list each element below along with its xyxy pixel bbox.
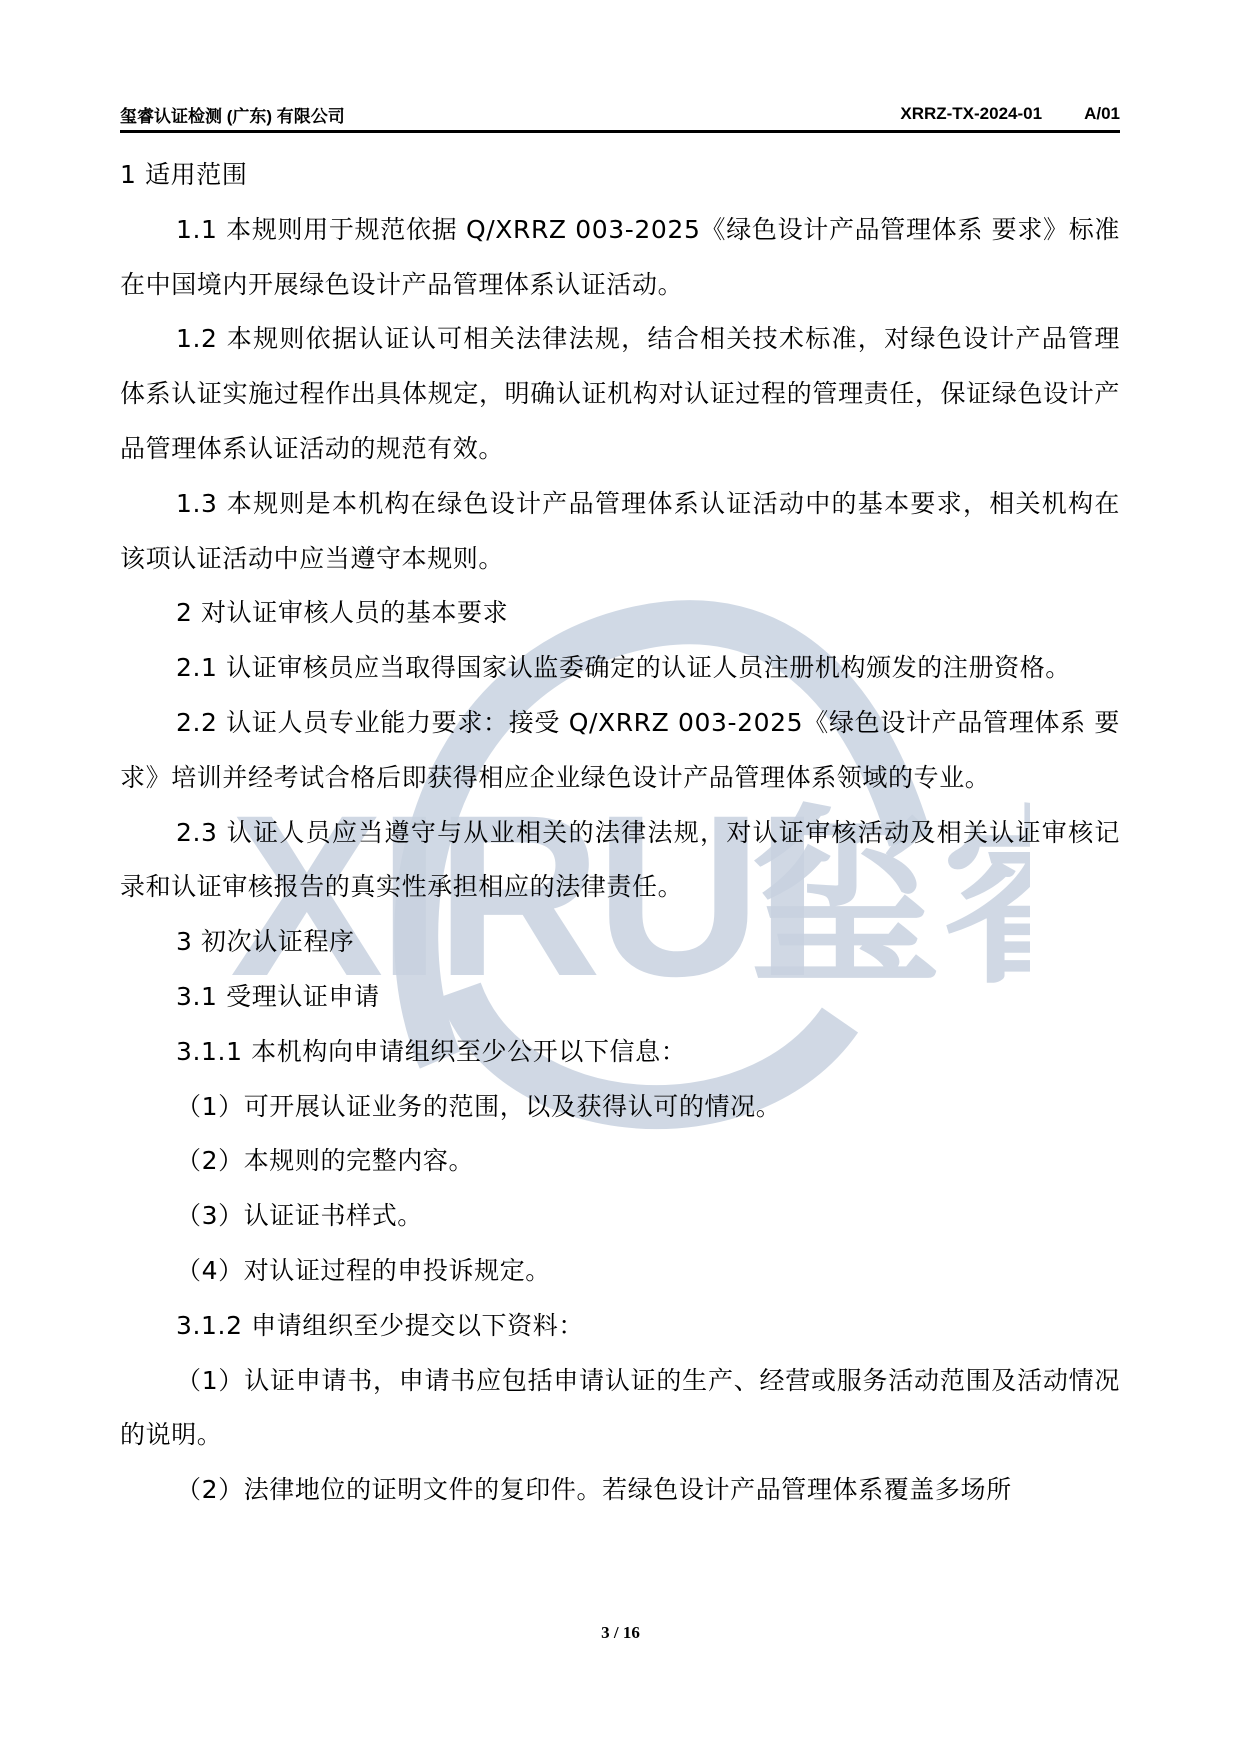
section-heading: 2 对认证审核人员的基本要求 (120, 586, 1120, 641)
header-right: XRRZ-TX-2024-01 A/01 (900, 104, 1120, 124)
list-item: （4）对认证过程的申投诉规定。 (120, 1244, 1120, 1299)
paragraph: 2.2 认证人员专业能力要求：接受 Q/XRRZ 003-2025《绿色设计产品… (120, 696, 1120, 806)
section-heading: 1 适用范围 (120, 148, 1120, 203)
document-code: XRRZ-TX-2024-01 (900, 104, 1042, 124)
paragraph: 2.3 认证人员应当遵守与从业相关的法律法规，对认证审核活动及相关认证审核记录和… (120, 806, 1120, 916)
list-item: （1）认证申请书，申请书应包括申请认证的生产、经营或服务活动范围及活动情况的说明… (120, 1354, 1120, 1464)
paragraph: 2.1 认证审核员应当取得国家认监委确定的认证人员注册机构颁发的注册资格。 (120, 641, 1120, 696)
list-item: （2）本规则的完整内容。 (120, 1134, 1120, 1189)
paragraph: 1.3 本规则是本机构在绿色设计产品管理体系认证活动中的基本要求，相关机构在该项… (120, 477, 1120, 587)
paragraph: 1.2 本规则依据认证认可相关法律法规，结合相关技术标准，对绿色设计产品管理体系… (120, 312, 1120, 476)
document-page: 玺睿认证检测 (广东) 有限公司 XRRZ-TX-2024-01 A/01 XI… (0, 0, 1241, 1754)
page-number: 3 / 16 (0, 1623, 1241, 1643)
list-item: （3）认证证书样式。 (120, 1189, 1120, 1244)
header-divider (120, 130, 1120, 133)
paragraph: 3.1.2 申请组织至少提交以下资料： (120, 1299, 1120, 1354)
document-body: 1 适用范围 1.1 本规则用于规范依据 Q/XRRZ 003-2025《绿色设… (120, 148, 1120, 1518)
company-name: 玺睿认证检测 (广东) 有限公司 (120, 102, 345, 127)
list-item: （2）法律地位的证明文件的复印件。若绿色设计产品管理体系覆盖多场所 (120, 1463, 1120, 1518)
paragraph: 1.1 本规则用于规范依据 Q/XRRZ 003-2025《绿色设计产品管理体系… (120, 203, 1120, 313)
paragraph: 3.1.1 本机构向申请组织至少公开以下信息： (120, 1025, 1120, 1080)
subsection-heading: 3.1 受理认证申请 (120, 970, 1120, 1025)
document-version: A/01 (1084, 104, 1120, 124)
section-heading: 3 初次认证程序 (120, 915, 1120, 970)
page-header: 玺睿认证检测 (广东) 有限公司 XRRZ-TX-2024-01 A/01 (120, 100, 1120, 128)
list-item: （1）可开展认证业务的范围，以及获得认可的情况。 (120, 1080, 1120, 1135)
